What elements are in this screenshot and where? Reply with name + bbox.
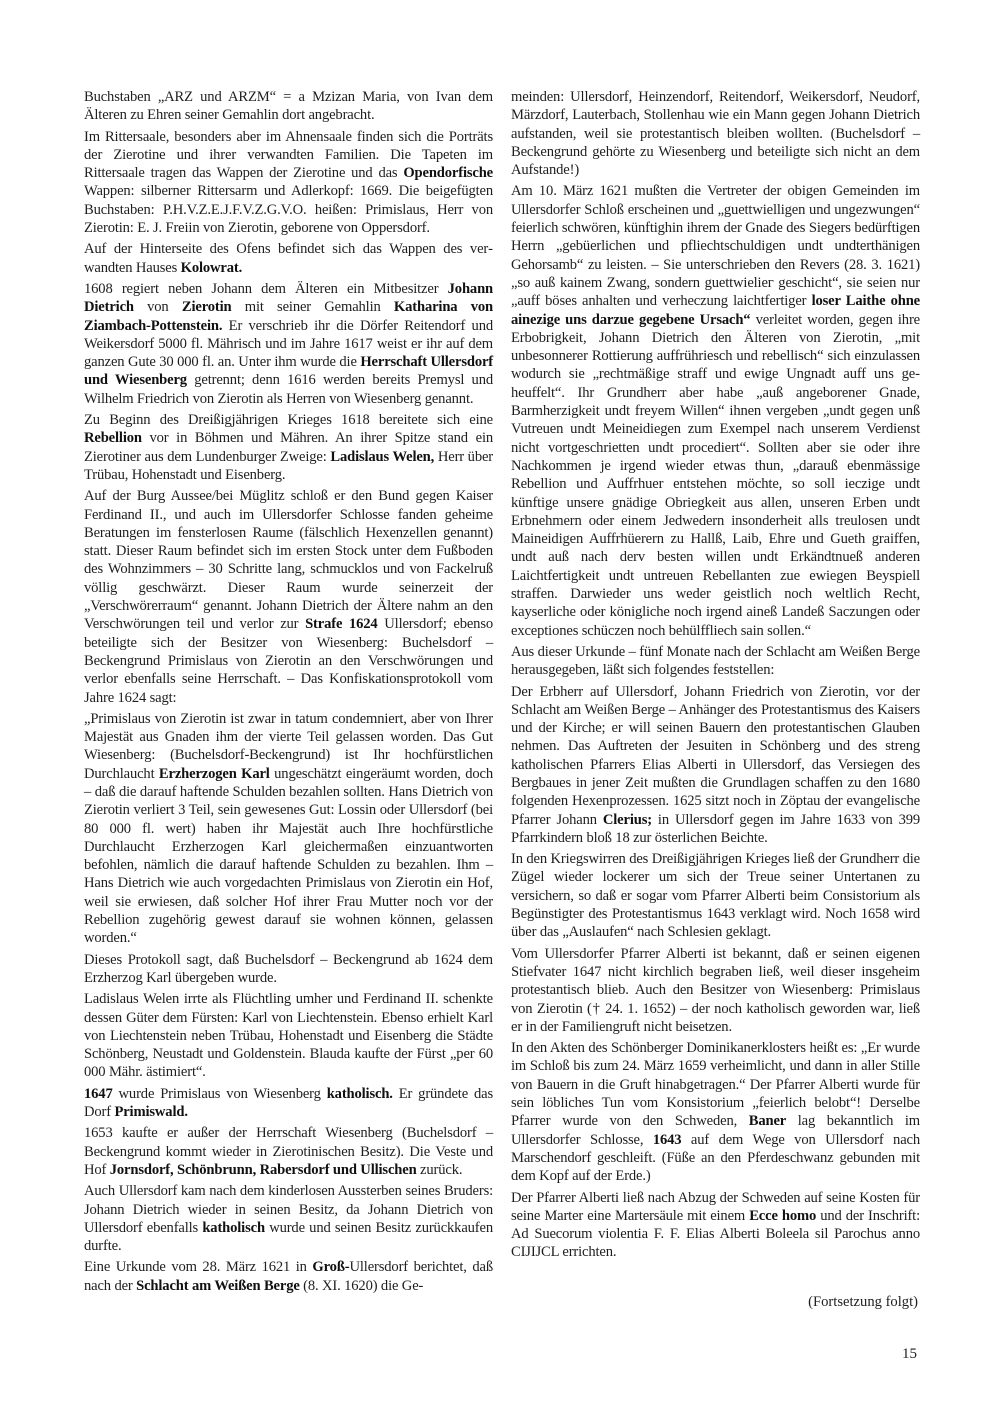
text-column-right: meinden: Ullersdorf, Heinzendorf, Reiten… xyxy=(511,88,920,1265)
bold-text: Opendorfische xyxy=(403,165,493,181)
text-run: von xyxy=(134,299,182,315)
text-run: ungeschätzt einge­räumt worden, doch – d… xyxy=(84,766,493,947)
page-number: 15 xyxy=(880,1346,917,1363)
bold-text: Cleri­us; xyxy=(603,812,652,828)
paragraph: Der Erbherr auf Ullersdorf, Johann Fried… xyxy=(511,683,920,848)
paragraph: 1647 wurde Primislaus von Wiesenberg kat… xyxy=(84,1085,493,1122)
bold-text: Rebellion xyxy=(84,430,142,446)
paragraph: Zu Beginn des Dreißigjährigen Krieges 16… xyxy=(84,411,493,484)
paragraph: meinden: Ullersdorf, Heinzendorf, Reiten… xyxy=(511,88,920,179)
text-run: (8. XI. 1620) die Ge- xyxy=(300,1278,424,1294)
paragraph: Vom Ullersdorfer Pfarrer Alberti ist bek… xyxy=(511,945,920,1036)
text-run: Wappen: silberner Rittersarm und Adlerko… xyxy=(84,183,493,236)
bold-text: 1647 xyxy=(84,1086,113,1102)
document-page: Buchstaben „ARZ und ARZM“ = a Mzizan Mar… xyxy=(0,0,1000,1412)
text-run: Eine Urkunde vom 28. März 1621 in xyxy=(84,1259,312,1275)
paragraph: 1608 regiert neben Johann dem Älteren ei… xyxy=(84,280,493,408)
text-run: Dieses Protokoll sagt, daß Buchelsdorf –… xyxy=(84,952,493,986)
text-run: Der Erbherr auf Ullersdorf, Johann Fried… xyxy=(511,684,920,828)
paragraph: „Primislaus von Zierotin ist zwar in tat… xyxy=(84,710,493,948)
bold-text: Primiswald. xyxy=(114,1104,187,1120)
bold-text: 1643 xyxy=(653,1132,682,1148)
paragraph: Auf der Burg Aussee/bei Müglitz schloß e… xyxy=(84,487,493,707)
bold-text: Groß- xyxy=(312,1259,349,1275)
bold-text: Ecce homo xyxy=(749,1208,816,1224)
bold-text: Jornsdorf, Schönbrunn, Rabersdorf und Ul… xyxy=(110,1162,417,1178)
bold-text: katholisch. xyxy=(327,1086,393,1102)
text-run: 1608 regiert neben Johann dem Älteren ei… xyxy=(84,281,448,297)
text-run: Zu Beginn des Dreißigjährigen Krieges 16… xyxy=(84,412,493,428)
bold-text: Ba­ner xyxy=(749,1113,786,1129)
text-run: Ladislaus Welen irrte als Flüchtling umh… xyxy=(84,991,493,1080)
paragraph: Im Rittersaale, besonders aber im Ahnens… xyxy=(84,128,493,238)
bold-text: Kolowrat. xyxy=(181,260,242,276)
paragraph: In den Akten des Schönberger Dominikaner… xyxy=(511,1039,920,1185)
text-column-left: Buchstaben „ARZ und ARZM“ = a Mzizan Mar… xyxy=(84,88,493,1298)
paragraph: Ladislaus Welen irrte als Flüchtling umh… xyxy=(84,990,493,1081)
bold-text: Erzherzogen Karl xyxy=(159,766,270,782)
continuation-note: (Fortsetzung folgt) xyxy=(511,1294,918,1311)
paragraph: Dieses Protokoll sagt, daß Buchelsdorf –… xyxy=(84,951,493,988)
text-run: Auf der Burg Aussee/bei Müglitz schloß e… xyxy=(84,488,493,632)
text-run: Buchstaben „ARZ und ARZM“ = a Mzizan Mar… xyxy=(84,89,493,123)
paragraph: In den Kriegswirren des Dreißigjährigen … xyxy=(511,850,920,941)
text-run: meinden: Ullersdorf, Heinzendorf, Reiten… xyxy=(511,89,920,178)
paragraph: Auf der Hinterseite des Ofens befindet s… xyxy=(84,240,493,277)
bold-text: katholisch xyxy=(202,1220,265,1236)
text-run: In den Kriegswirren des Dreißigjährigen … xyxy=(511,851,920,940)
paragraph: Aus dieser Urkunde – fünf Monate nach de… xyxy=(511,643,920,680)
text-run: Vom Ullersdorfer Pfarrer Alberti ist bek… xyxy=(511,946,920,1035)
paragraph: Buchstaben „ARZ und ARZM“ = a Mzizan Mar… xyxy=(84,88,493,125)
text-run: zurück. xyxy=(417,1162,463,1178)
paragraph: Der Pfarrer Alberti ließ nach Abzug der … xyxy=(511,1189,920,1262)
text-run: wurde Primislaus von Wiesenberg xyxy=(113,1086,327,1102)
text-run: Aus dieser Urkunde – fünf Monate nach de… xyxy=(511,644,920,678)
paragraph: 1653 kaufte er außer der Herrschaft Wies… xyxy=(84,1124,493,1179)
bold-text: Zierotin xyxy=(182,299,232,315)
bold-text: Ladislaus Welen, xyxy=(330,449,434,465)
text-run: mit seiner Gemahlin xyxy=(231,299,393,315)
text-run: verleitet worden, gegen ihre Erbobrigkei… xyxy=(511,312,920,639)
text-run: Am 10. März 1621 mußten die Vertreter de… xyxy=(511,183,920,309)
text-run: Auf der Hinterseite des Ofens befindet s… xyxy=(84,241,493,275)
bold-text: Strafe 1624 xyxy=(305,616,377,632)
paragraph: Am 10. März 1621 mußten die Vertreter de… xyxy=(511,182,920,639)
bold-text: Schlacht am Weißen Berge xyxy=(136,1278,300,1294)
paragraph: Eine Urkunde vom 28. März 1621 in Groß-U… xyxy=(84,1258,493,1295)
paragraph: Auch Ullersdorf kam nach dem kinderlosen… xyxy=(84,1182,493,1255)
